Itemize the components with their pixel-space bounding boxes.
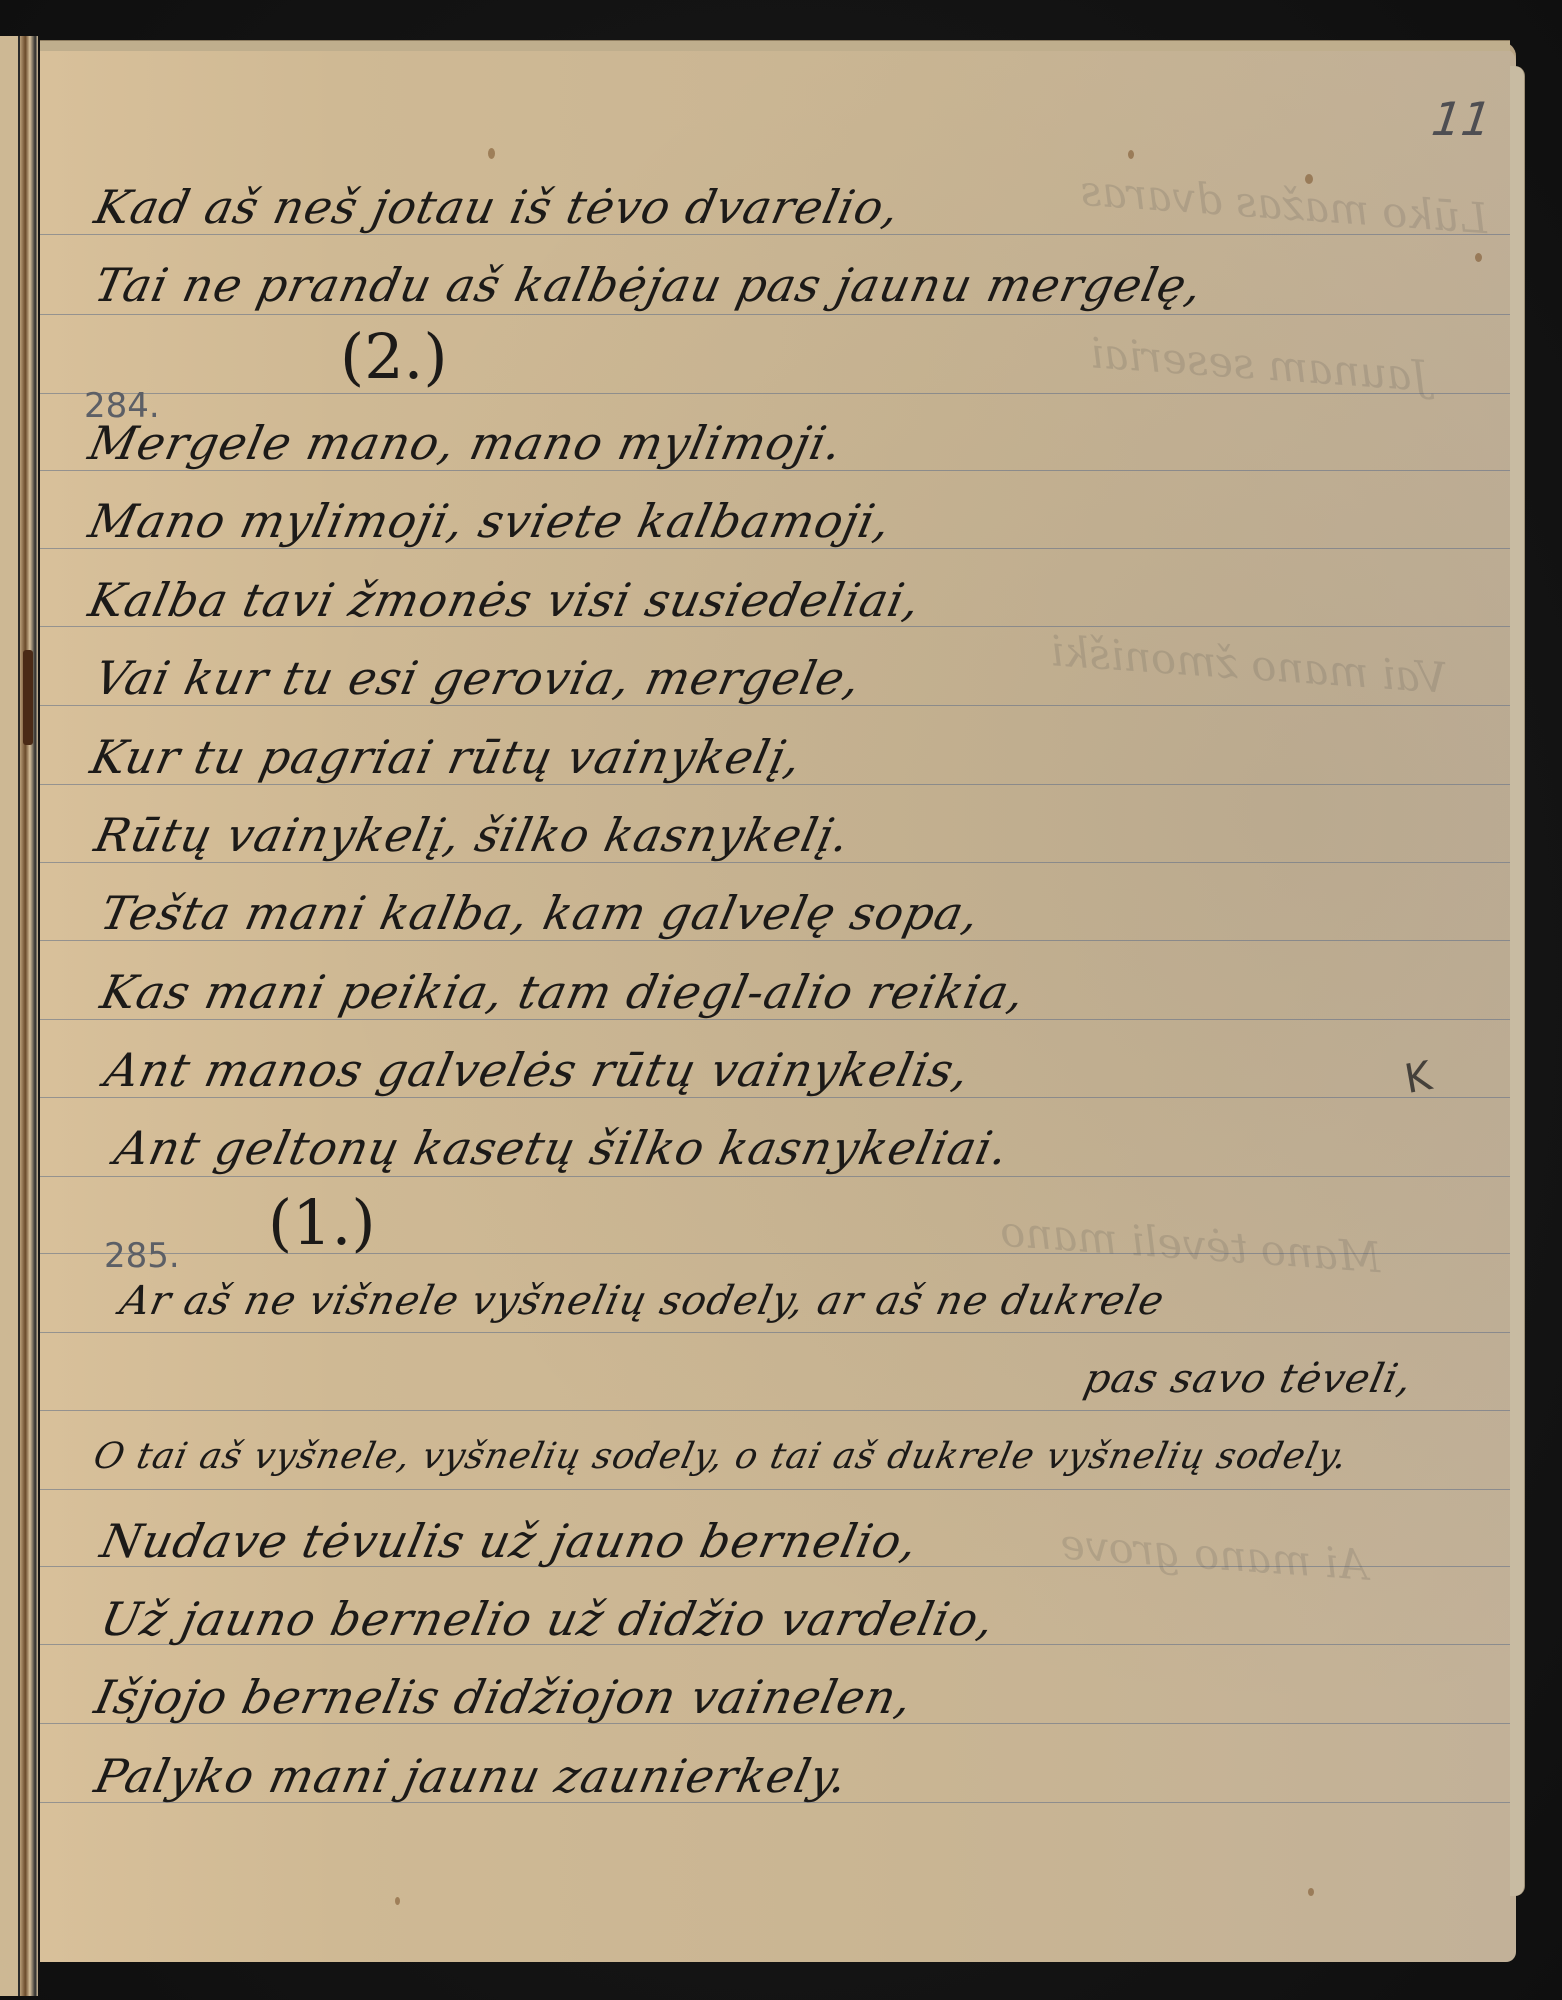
ruled-line — [40, 1019, 1510, 1020]
song-line: O tai aš vyšnele, vyšnelių sodely, o tai… — [90, 1436, 1352, 1477]
ink-stain — [395, 1897, 400, 1905]
song-line: Palyko mani jaunu zaunierkely. — [90, 1749, 853, 1803]
song-line: Išjojo bernelis didžiojon vainelen, — [90, 1670, 918, 1724]
ruled-line — [40, 1332, 1510, 1333]
song-line: Ant manos galvelės rūtų vainykelis, — [100, 1043, 975, 1097]
song-line: Kalba tavi žmonės visi susiedeliai, — [84, 573, 926, 627]
song-line: Tešta mani kalba, kam galvelę sopa, — [96, 886, 985, 940]
notebook-binding — [20, 36, 38, 1996]
song-line: Ant geltonų kasetų šilko kasnykeliai. — [110, 1121, 1014, 1175]
ruled-line — [40, 1253, 1510, 1254]
ruled-line — [40, 862, 1510, 863]
ink-stain — [1305, 174, 1313, 184]
song-line: Mano mylimoji, sviete kalbamoji, — [84, 494, 896, 548]
ink-stain — [1128, 150, 1134, 159]
song-line: Rūtų vainykelį, šilko kasnykelį. — [90, 808, 855, 862]
ruled-line — [40, 548, 1510, 549]
ruled-line — [40, 1489, 1510, 1490]
ruled-line — [40, 784, 1510, 785]
melody-marker: (1.) — [268, 1186, 376, 1259]
ruled-line — [40, 705, 1510, 706]
ink-stain — [488, 148, 495, 159]
ruled-line — [40, 1176, 1510, 1177]
binding-stain — [23, 650, 33, 745]
ruled-line — [40, 940, 1510, 941]
song-line: Ar aš ne višnele vyšnelių sodely, ar aš … — [116, 1278, 1169, 1324]
ruled-line — [40, 470, 1510, 471]
ink-stain — [1308, 1888, 1314, 1896]
ruled-line — [40, 314, 1510, 315]
ruled-line — [40, 234, 1510, 235]
song-line: Kad aš neš jotau iš tėvo dvarelio, — [90, 180, 905, 234]
song-line: Tai ne prandu aš kalbėjau pas jaunu merg… — [90, 258, 1208, 312]
previous-page-edge — [0, 36, 20, 1996]
page-top-edge — [40, 40, 1510, 51]
ruled-line — [40, 1410, 1510, 1411]
page-right-edge — [1510, 66, 1525, 1896]
song-line: Mergele mano, mano mylimoji. — [84, 416, 848, 470]
song-line: Už jauno bernelio už didžio vardelio, — [96, 1592, 1000, 1646]
song-line: Kas mani peikia, tam diegl-alio reikia, — [96, 965, 1030, 1019]
song-line: Vai kur tu esi gerovia, mergele, — [90, 651, 866, 705]
song-line: Nudave tėvulis už jauno bernelio, — [96, 1514, 923, 1568]
song-line: Kur tu pagriai rūtų vainykelį, — [86, 730, 807, 784]
ruled-line — [40, 1097, 1510, 1098]
song-line: pas savo tėveli, — [1080, 1356, 1417, 1402]
melody-marker: (2.) — [340, 320, 448, 393]
song-number: 285. — [104, 1236, 180, 1276]
ruled-line — [40, 393, 1510, 394]
ink-stain — [1475, 253, 1482, 262]
